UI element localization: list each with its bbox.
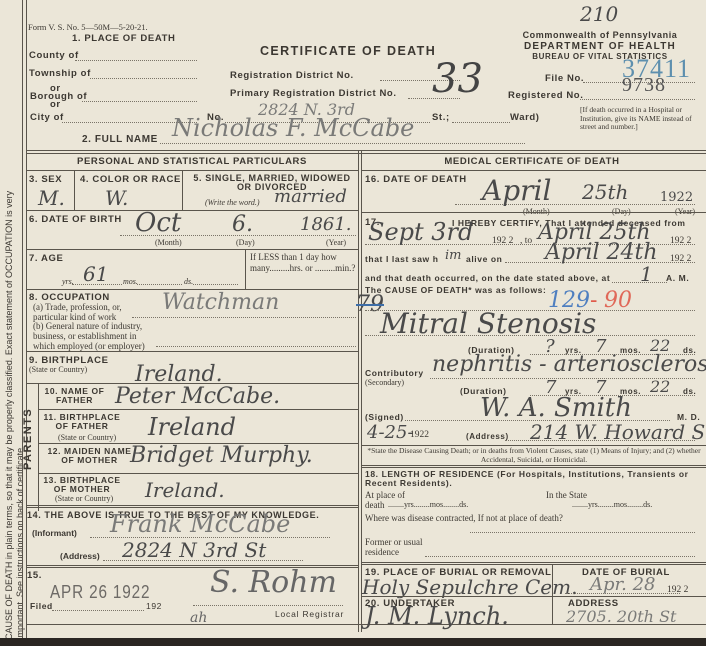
occupation-value: Watchman xyxy=(162,290,279,315)
year-hint: (Year) xyxy=(326,238,346,247)
father-birthplace-label: 11. BIRTHPLACE OF FATHER xyxy=(42,413,122,431)
cause-label: The CAUSE OF DEATH* was as follows: xyxy=(365,285,546,295)
full-name-line xyxy=(160,143,525,144)
at-place-fields: ........yrs........mos........ds. xyxy=(388,500,468,509)
date-of-death-label: 16. DATE OF DEATH xyxy=(365,174,467,185)
death-certificate: CAUSE OF DEATH in plain terms, so that i… xyxy=(0,0,706,646)
informant-address-label: (Address) xyxy=(60,551,100,561)
informant-label: (Informant) xyxy=(32,528,77,538)
divider xyxy=(38,473,358,474)
signed-label: (Signed) xyxy=(365,412,404,422)
divider xyxy=(362,170,706,171)
filed-section-label: 15. xyxy=(27,570,42,581)
registered-no-value: 9738 xyxy=(622,74,666,97)
marital-hint: (Write the word.) xyxy=(205,198,260,207)
authority-line-1: Commonwealth of Pennsylvania xyxy=(505,30,695,40)
age-years: 61 xyxy=(83,262,108,286)
attended-from: Sept 3rd xyxy=(368,218,473,246)
alive-on-label: alive on xyxy=(466,254,502,264)
full-name-label: 2. FULL NAME xyxy=(82,134,158,145)
father-name-value: Peter McCabe. xyxy=(115,384,280,409)
margin-line-2: Important. See instructions on back of c… xyxy=(15,0,26,640)
street-label: St.; xyxy=(432,112,450,123)
sex-value: M. xyxy=(38,186,65,210)
divider xyxy=(38,409,358,410)
registered-no-line xyxy=(580,99,695,100)
occupation-a-line xyxy=(132,317,356,318)
township-line xyxy=(90,78,197,79)
county-label: County of xyxy=(29,50,79,61)
registration-district-label: Registration District No. xyxy=(230,70,354,81)
to-label: , to xyxy=(520,236,532,246)
mother-birthplace-hint: (State or Country) xyxy=(55,494,113,503)
informant-address-value: 2824 N 3rd St xyxy=(122,538,266,562)
registrar-line xyxy=(193,605,343,606)
column-divider xyxy=(358,150,359,632)
in-state-label: In the State xyxy=(546,490,596,500)
last-saw-label: that I last saw h xyxy=(365,254,439,264)
ds-label: ds. xyxy=(683,387,696,396)
dob-month: Oct xyxy=(135,208,181,238)
borough-line xyxy=(82,101,197,102)
undertaker-value: J. M. Lynch. xyxy=(365,602,509,630)
death-year: 1922 xyxy=(660,190,693,205)
or-label: or xyxy=(50,99,61,110)
divider xyxy=(38,383,39,511)
former-residence-line xyxy=(425,556,695,557)
father-birthplace-value: Ireland xyxy=(148,413,236,441)
contracted-line xyxy=(470,532,695,533)
registered-no-label: Registered No. xyxy=(508,90,583,101)
physician-address: 214 W. Howard St. xyxy=(530,420,706,444)
primary-registration-value: 33 xyxy=(432,56,483,102)
form-number: Form V. S. No. 5—50M—5-20-21. xyxy=(28,22,148,32)
attended-from-year: 192 2 xyxy=(492,236,513,246)
mos-hint: mos. xyxy=(123,277,138,286)
mother-name-label: 12. MAIDEN NAME OF MOTHER xyxy=(42,447,137,465)
place-of-death-label: 1. PLACE OF DEATH xyxy=(72,33,175,44)
in-state-fields: ........yrs........mos........ds. xyxy=(572,500,652,509)
divider xyxy=(26,351,358,352)
dob-day: 6. xyxy=(232,212,253,237)
contrib-duration-days: 22 xyxy=(650,377,670,396)
mother-name-value: Bridget Murphy. xyxy=(130,443,313,468)
authority-line-2: DEPARTMENT OF HEALTH xyxy=(505,41,695,52)
filed-line xyxy=(52,610,144,611)
divider xyxy=(362,596,706,597)
informant-value: Frank McCabe xyxy=(110,510,290,538)
burial-date-value: Apr. 28 xyxy=(590,574,656,595)
divider xyxy=(362,212,706,213)
ward-label: Ward) xyxy=(510,112,540,123)
registrar-label: Local Registrar xyxy=(275,609,344,619)
county-line xyxy=(75,60,197,61)
filed-label: Filed xyxy=(30,601,53,611)
divider xyxy=(26,210,358,211)
file-no-label: File No. xyxy=(545,73,584,84)
divider xyxy=(362,465,706,466)
column-divider xyxy=(361,150,362,632)
race-value: W. xyxy=(105,186,128,210)
undertaker-address-value: 2705. 20th St xyxy=(566,607,676,626)
attended-to-year: 192 2 xyxy=(670,236,691,246)
residence-label: 18. LENGTH OF RESIDENCE (For Hospitals, … xyxy=(365,470,705,488)
divider xyxy=(362,564,706,565)
contributory-value: nephritis - arteriosclerosis xyxy=(432,352,706,377)
mother-birthplace-value: Ireland. xyxy=(145,478,225,502)
death-day: 25th xyxy=(582,180,628,204)
death-month: April xyxy=(482,174,551,207)
border xyxy=(26,0,27,646)
ward-line xyxy=(452,122,510,123)
father-birthplace-hint: (State or Country) xyxy=(58,433,116,442)
divider xyxy=(26,170,358,171)
less-than-day: If LESS than 1 day how many.........hrs.… xyxy=(250,252,356,274)
registrar-signature: S. Rohm xyxy=(210,565,337,600)
divider xyxy=(26,505,358,506)
day-hint: (Day) xyxy=(236,238,255,247)
race-label: 4. COLOR OR RACE xyxy=(80,174,181,185)
month-hint: (Month) xyxy=(155,238,182,247)
handwritten-number: 210 xyxy=(580,2,618,26)
physician-signature: W. A. Smith xyxy=(480,393,632,423)
divider xyxy=(26,249,358,250)
former-residence-label: Former or usual residence xyxy=(365,537,445,557)
age-days-line xyxy=(193,284,238,285)
divider xyxy=(26,150,706,151)
hospital-note: [If death occurred in a Hospital or Inst… xyxy=(580,106,700,132)
parents-label: PARENTS xyxy=(22,408,34,470)
medical-section-title: MEDICAL CERTIFICATE OF DEATH xyxy=(362,156,702,167)
primary-registration-label: Primary Registration District No. xyxy=(230,88,397,99)
full-name-value: Nicholas F. McCabe xyxy=(172,114,414,142)
divider xyxy=(362,467,706,468)
burial-year: 192 2 xyxy=(667,585,688,595)
ds-hint: ds. xyxy=(184,277,193,286)
father-name-label: 10. NAME OF FATHER xyxy=(42,387,107,405)
personal-section-title: PERSONAL AND STATISTICAL PARTICULARS xyxy=(26,156,358,167)
divider xyxy=(362,562,706,563)
death-time-label: and that death occurred, on the date sta… xyxy=(365,273,610,283)
death-time-suffix: A. M. xyxy=(666,273,689,283)
divider xyxy=(245,249,246,289)
sign-date: 4-25- xyxy=(367,422,414,443)
cause-line xyxy=(365,335,695,336)
occupation-b-label: (b) General nature of industry, business… xyxy=(33,321,158,351)
certificate-title: CERTIFICATE OF DEATH xyxy=(260,44,436,58)
divider xyxy=(26,507,358,508)
divider xyxy=(182,170,183,210)
occupation-a-label: (a) Trade, profession, or, particular ki… xyxy=(33,302,158,322)
marital-value: married xyxy=(274,186,347,207)
dob-label: 6. DATE OF BIRTH xyxy=(29,214,122,225)
city-label: City of xyxy=(30,112,64,123)
last-saw-year: 192 2 xyxy=(670,254,691,264)
contracted-label: Where was disease contracted, If not at … xyxy=(365,513,565,523)
filed-year-prefix: 192 xyxy=(146,601,162,611)
sex-label: 3. SEX xyxy=(29,174,62,185)
divider xyxy=(26,153,706,154)
filed-stamp: APR 26 1922 xyxy=(50,582,150,603)
cause-footnote: *State the Disease Causing Death; or in … xyxy=(364,447,704,464)
age-label: 7. AGE xyxy=(29,253,63,264)
physician-address-label: (Address) xyxy=(466,432,509,441)
age-months-line xyxy=(137,284,182,285)
last-saw-pronoun: im xyxy=(445,248,462,263)
border xyxy=(22,0,23,646)
death-time-value: 1 xyxy=(640,262,653,286)
sign-year: 1922 xyxy=(410,430,429,440)
secondary-label: (Secondary) xyxy=(365,378,404,387)
birthplace-hint: (State or Country) xyxy=(29,365,87,374)
occupation-b-line xyxy=(156,346,356,347)
dob-year: 1861. xyxy=(300,214,352,235)
contributory-label: Contributory xyxy=(365,368,424,378)
bottom-edge xyxy=(0,638,706,646)
township-label: Township of xyxy=(29,68,91,79)
mother-birthplace-label: 13. BIRTHPLACE OF MOTHER xyxy=(42,476,122,494)
divider xyxy=(74,170,75,210)
margin-line-1: CAUSE OF DEATH in plain terms, so that i… xyxy=(4,0,15,640)
